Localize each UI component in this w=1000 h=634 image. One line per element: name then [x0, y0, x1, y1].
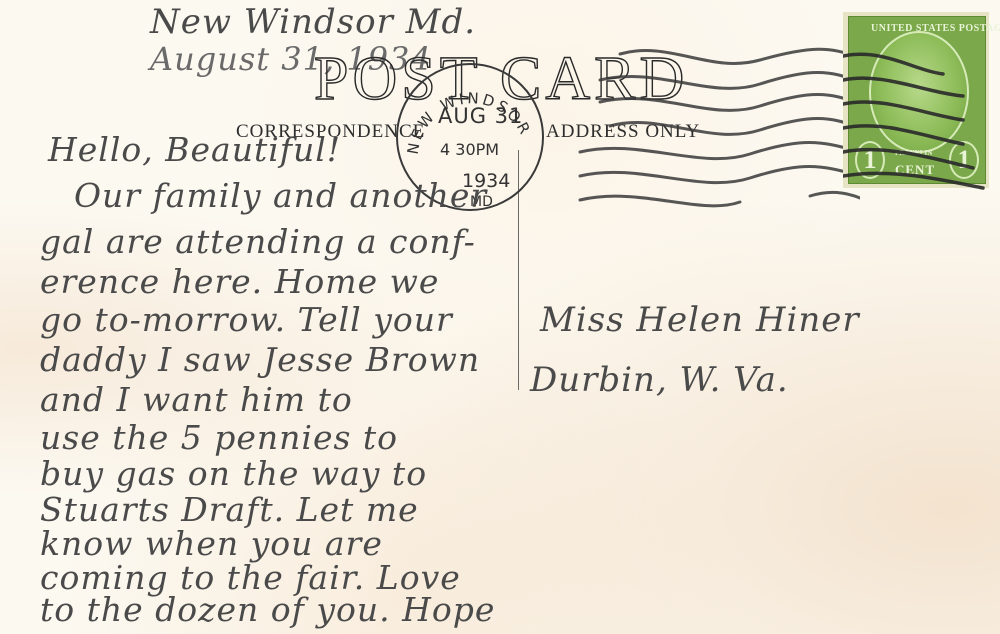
- handwritten-place: New Windsor Md.: [150, 2, 476, 42]
- message-line: gal are attending a conf-: [40, 222, 476, 261]
- postmark-time: 4 30PM: [440, 140, 499, 159]
- postcard-back: New Windsor Md. August 31, 1934 POST CAR…: [0, 0, 1000, 634]
- postmark-date: AUG 31: [438, 104, 523, 128]
- wavy-cancellation-icon: [560, 40, 860, 220]
- recipient-location: Durbin, W. Va.: [530, 360, 789, 400]
- message-line: go to-morrow. Tell your: [40, 300, 453, 339]
- message-line: to the dozen of you. Hope: [40, 590, 495, 629]
- message-line: and I want him to: [40, 380, 353, 419]
- message-line: daddy I saw Jesse Brown: [40, 340, 480, 379]
- stamp-cancellation-lines-icon: [843, 40, 1000, 190]
- recipient-name: Miss Helen Hiner: [540, 300, 860, 340]
- stamp-top-text: UNITED STATES POSTAGE: [871, 23, 1000, 34]
- message-line: Our family and another: [74, 176, 487, 215]
- message-line: buy gas on the way to: [40, 454, 427, 493]
- message-line: use the 5 pennies to: [40, 418, 398, 457]
- message-line: Hello, Beautiful!: [48, 130, 341, 169]
- message-line: erence here. Home we: [40, 262, 439, 301]
